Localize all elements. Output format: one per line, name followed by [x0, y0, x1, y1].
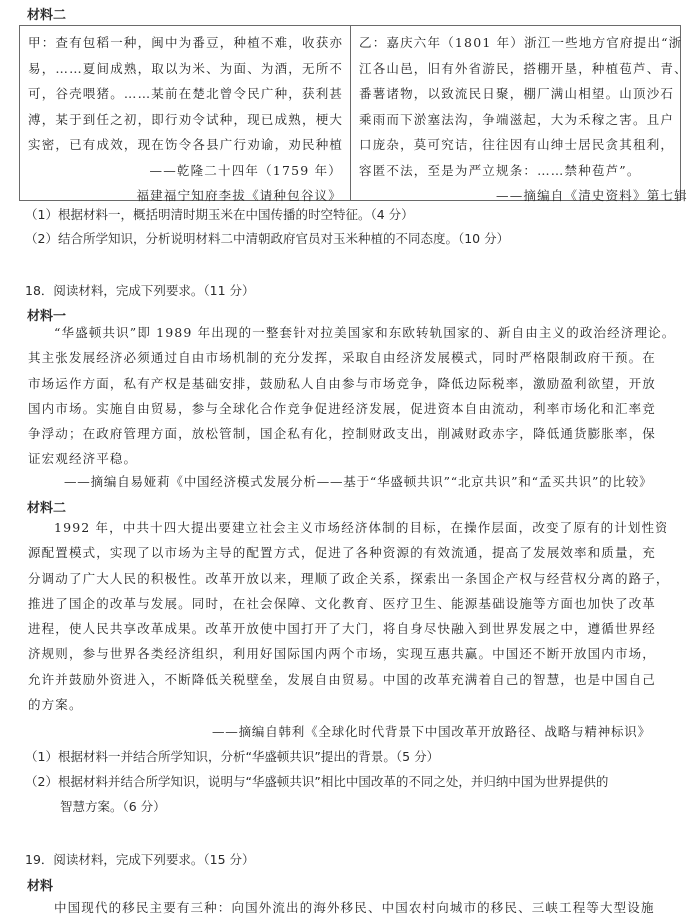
material-2-cell-yi: 乙：嘉庆六年（1801 年）浙江一些地方官府提出“浙 江各山邑，旧有外省游民，搭…	[351, 26, 693, 200]
q19-material-heading: 材料	[27, 875, 53, 894]
cell-jia-line: 溥，某于到任之初，即行劝令试种，现已成熟，梗大	[28, 107, 342, 133]
q19-material-text: 中国现代的移民主要有三种：向国外流出的海外移民、中国农村向城市的移民、三峡工程等…	[28, 895, 666, 919]
cell-jia-line: 易，……夏间成熟，取以为米、为面、为酒，无所不	[28, 56, 342, 82]
q18-material-2-source: ——摘编自韩利《全球化时代背景下中国改革开放路径、战略与精神标识》	[212, 722, 651, 740]
cell-yi-line: 容匿不法，至是为严立规条：……禁种苞芦”。	[359, 158, 688, 184]
cell-jia-line: 甲：查有包稻一种，闽中为番豆，种植不难，收获亦	[28, 30, 342, 56]
q18-material-2-heading: 材料二	[27, 497, 66, 516]
material-2-cell-jia: 甲：查有包稻一种，闽中为番豆，种植不难，收获亦 易，……夏间成熟，取以为米、为面…	[20, 26, 351, 200]
paragraph-line: 的方案。	[28, 692, 666, 717]
paragraph-line: 分调动了广大人民的积极性。改革开放以来，理顺了政企关系，探索出一条国企产权与经营…	[28, 566, 666, 591]
paragraph-line: 济规则，参与世界各类经济组织，利用好国际国内两个市场，实现互惠共赢。中国还不断开…	[28, 641, 666, 666]
paragraph-line: 允许并鼓励外资进入，不断降低关税壁垒，发展自由贸易。中国的改革充满着自己的智慧，…	[28, 667, 666, 692]
cell-yi-line: 乘雨而下淤塞法沟，争端滋起，大为禾稼之害。且户	[359, 107, 688, 133]
paragraph-line: 争浮动；在政府管理方面，放松管制，国企私有化，控制财政支出，削减财政赤字，降低通…	[28, 421, 666, 446]
cell-jia-source-date: ——乾隆二十四年（1759 年）	[28, 158, 342, 184]
paragraph-line: 进程，使人民共享改革成果。改革开放使中国打开了大门，将自身尽快融入到世界发展之中…	[28, 616, 666, 641]
paragraph-line: 证宏观经济平稳。	[28, 446, 666, 471]
cell-yi-line: 番薯诸物，以致流民日聚，棚厂满山相望。山顶沙石	[359, 81, 688, 107]
paragraph-line: 推进了国企的改革与发展。同时，在社会保障、文化教育、医疗卫生、能源基础设施等方面…	[28, 591, 666, 616]
q18-material-2-text: 1992 年，中共十四大提出要建立社会主义市场经济体制的目标，在操作层面，改变了…	[28, 515, 666, 717]
q18-material-1-source: ——摘编自易娅莉《中国经济模式发展分析——基于“华盛顿共识”“北京共识”和“孟买…	[64, 472, 652, 490]
q18-subquestion-2: （2）根据材料并结合所学知识，说明与“华盛顿共识”相比中国改革的不同之处，并归纳…	[25, 772, 608, 790]
cell-jia-line: 可，谷壳喂猪。……某前在楚北曾令民广种，获利甚	[28, 81, 342, 107]
q18-subquestion-2-continued: 智慧方案。（6 分）	[60, 797, 166, 815]
material-2-table: 甲：查有包稻一种，闽中为番豆，种植不难，收获亦 易，……夏间成熟，取以为米、为面…	[19, 25, 681, 201]
cell-yi-line: 口庞杂，莫可究诘，往往因有山绅士居民贪其租利，	[359, 132, 688, 158]
material-2-heading: 材料二	[27, 4, 66, 23]
paragraph-line: 市场运作方面，私有产权是基础安排，鼓励私人自由参与市场竞争，降低边际税率，激励盈…	[28, 371, 666, 396]
paragraph-line: 其主张发展经济必须通过自由市场机制的充分发挥，采取自由经济发展模式，同时严格限制…	[28, 345, 666, 370]
q17-subquestion-2: （2）结合所学知识，分析说明材料二中清朝政府官员对玉米种植的不同态度。（10 分…	[25, 229, 509, 247]
q18-title: 18．阅读材料，完成下列要求。（11 分）	[25, 281, 255, 299]
paragraph-line: 中国现代的移民主要有三种：向国外流出的海外移民、中国农村向城市的移民、三峡工程等…	[28, 895, 666, 919]
q19-title: 19．阅读材料，完成下列要求。（15 分）	[25, 850, 255, 868]
paragraph-line: 国内市场。实施自由贸易，参与全球化合作竞争促进经济发展，促进资本自由流动，利率市…	[28, 396, 666, 421]
q18-subquestion-1: （1）根据材料一并结合所学知识，分析“华盛顿共识”提出的背景。（5 分）	[25, 747, 439, 765]
paragraph-line: “华盛顿共识”即 1989 年出现的一整套针对拉美国家和东欧转轨国家的、新自由主…	[28, 320, 666, 345]
cell-yi-line: 江各山邑，旧有外省游民，搭棚开垦，种植苞芦、青、	[359, 56, 688, 82]
q18-material-1-text: “华盛顿共识”即 1989 年出现的一整套针对拉美国家和东欧转轨国家的、新自由主…	[28, 320, 666, 472]
q17-subquestion-1: （1）根据材料一，概括明清时期玉米在中国传播的时空特征。（4 分）	[25, 205, 414, 223]
paragraph-line: 源配置模式，实现了以市场为主导的配置方式，促进了各种资源的有效流通，提高了发展效…	[28, 540, 666, 565]
cell-yi-line: 乙：嘉庆六年（1801 年）浙江一些地方官府提出“浙	[359, 30, 688, 56]
paragraph-line: 1992 年，中共十四大提出要建立社会主义市场经济体制的目标，在操作层面，改变了…	[28, 515, 666, 540]
cell-jia-line: 实密，已有成效，现在饬令各县广行劝谕，劝民种植。	[28, 132, 342, 158]
